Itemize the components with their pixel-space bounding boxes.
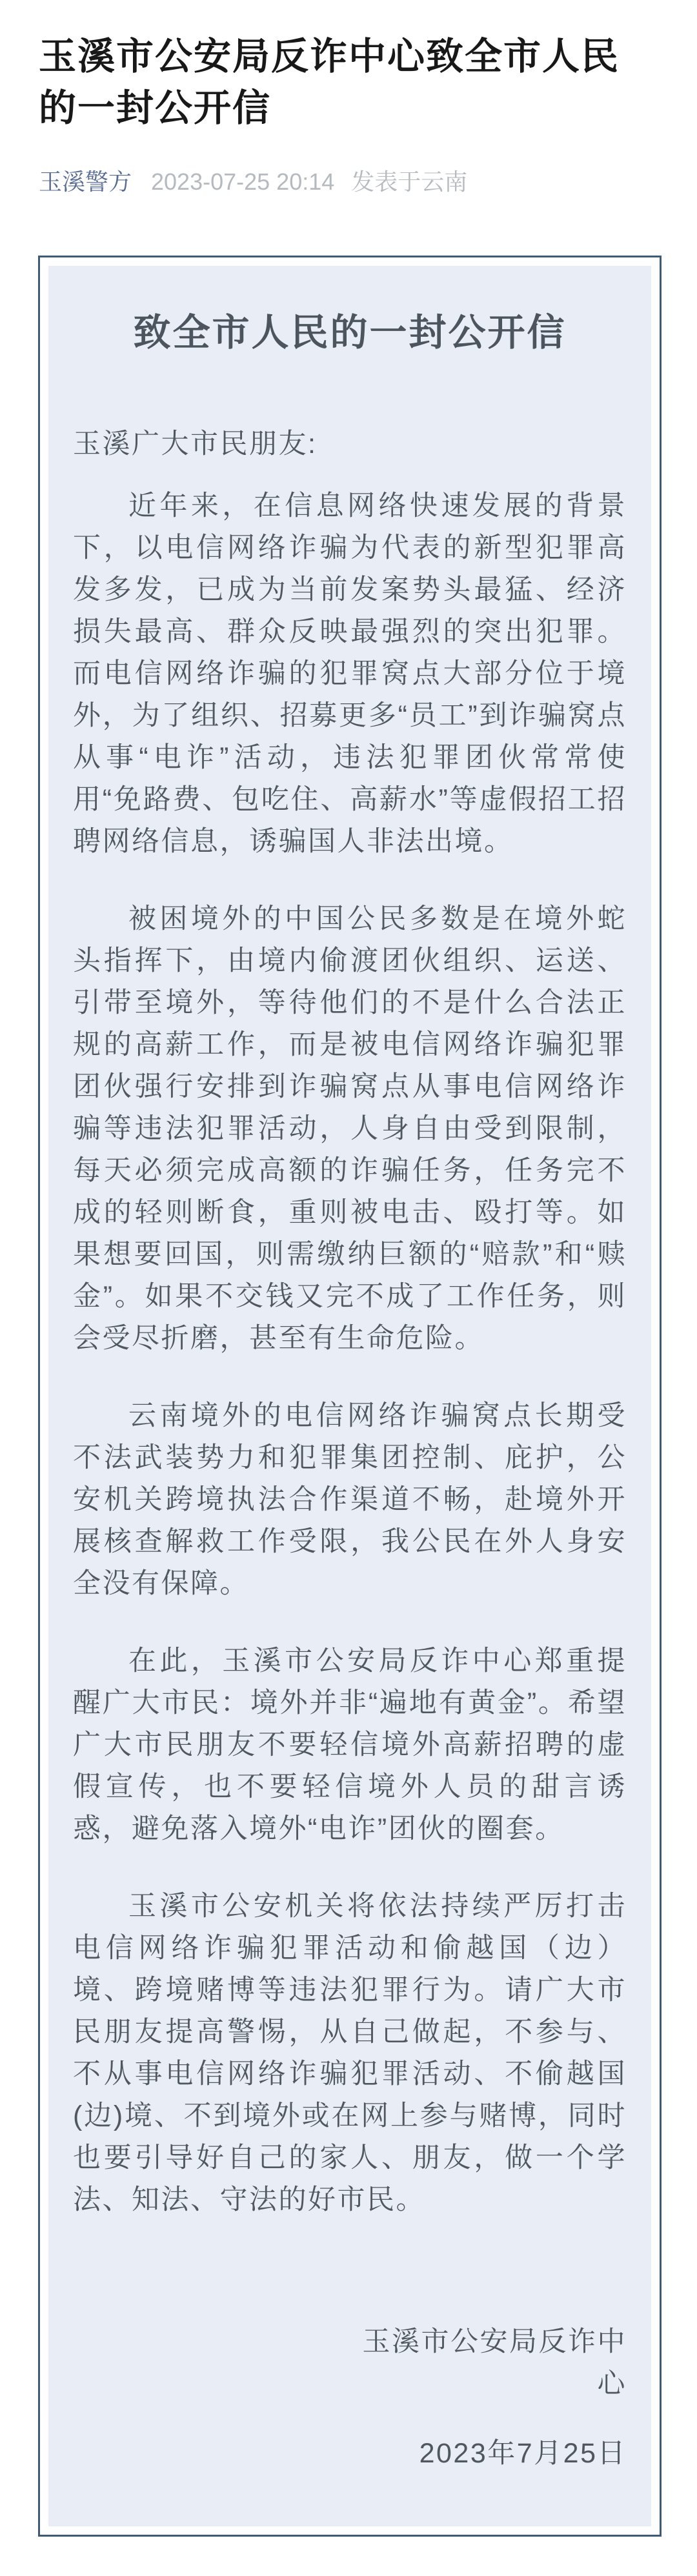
signature-block: 玉溪市公安局反诈中心	[73, 2321, 627, 2405]
letter-paragraph: 云南境外的电信网络诈骗窝点长期受不法武装势力和犯罪集团控制、庇护，公安机关跨境执…	[73, 1395, 627, 1605]
letter-salutation: 玉溪广大市民朋友:	[73, 423, 627, 465]
page-title: 玉溪市公安局反诈中心致全市人民的一封公开信	[39, 31, 623, 134]
signature-date: 2023年7月25日	[73, 2433, 627, 2475]
signature: 玉溪市公安局反诈中心	[349, 2321, 627, 2405]
letter-body: 近年来，在信息网络快速发展的背景下，以电信网络诈骗为代表的新型犯罪高发多发，已成…	[73, 485, 627, 2221]
account-name-link[interactable]: 玉溪警方	[39, 166, 132, 197]
open-letter-box: 致全市人民的一封公开信 玉溪广大市民朋友: 近年来，在信息网络快速发展的背景下，…	[38, 256, 662, 2537]
letter-paragraph: 被困境外的中国公民多数是在境外蛇头指挥下，由境内偷渡团伙组织、运送、引带至境外，…	[73, 898, 627, 1360]
letter-paragraph: 在此，玉溪市公安局反诈中心郑重提醒广大市民：境外并非“遍地有黄金”。希望广大市民…	[73, 1640, 627, 1850]
publish-location: 发表于云南	[351, 166, 467, 197]
letter-paragraph: 玉溪市公安机关将依法持续严厉打击电信网络诈骗犯罪活动和偷越国（边）境、跨境赌博等…	[73, 1886, 627, 2221]
open-letter-panel: 致全市人民的一封公开信 玉溪广大市民朋友: 近年来，在信息网络快速发展的背景下，…	[48, 266, 651, 2526]
publish-time: 2023-07-25 20:14	[151, 166, 334, 197]
byline: 玉溪警方 2023-07-25 20:14 发表于云南	[39, 166, 658, 197]
letter-heading: 致全市人民的一封公开信	[73, 307, 627, 359]
letter-paragraph: 近年来，在信息网络快速发展的背景下，以电信网络诈骗为代表的新型犯罪高发多发，已成…	[73, 485, 627, 863]
